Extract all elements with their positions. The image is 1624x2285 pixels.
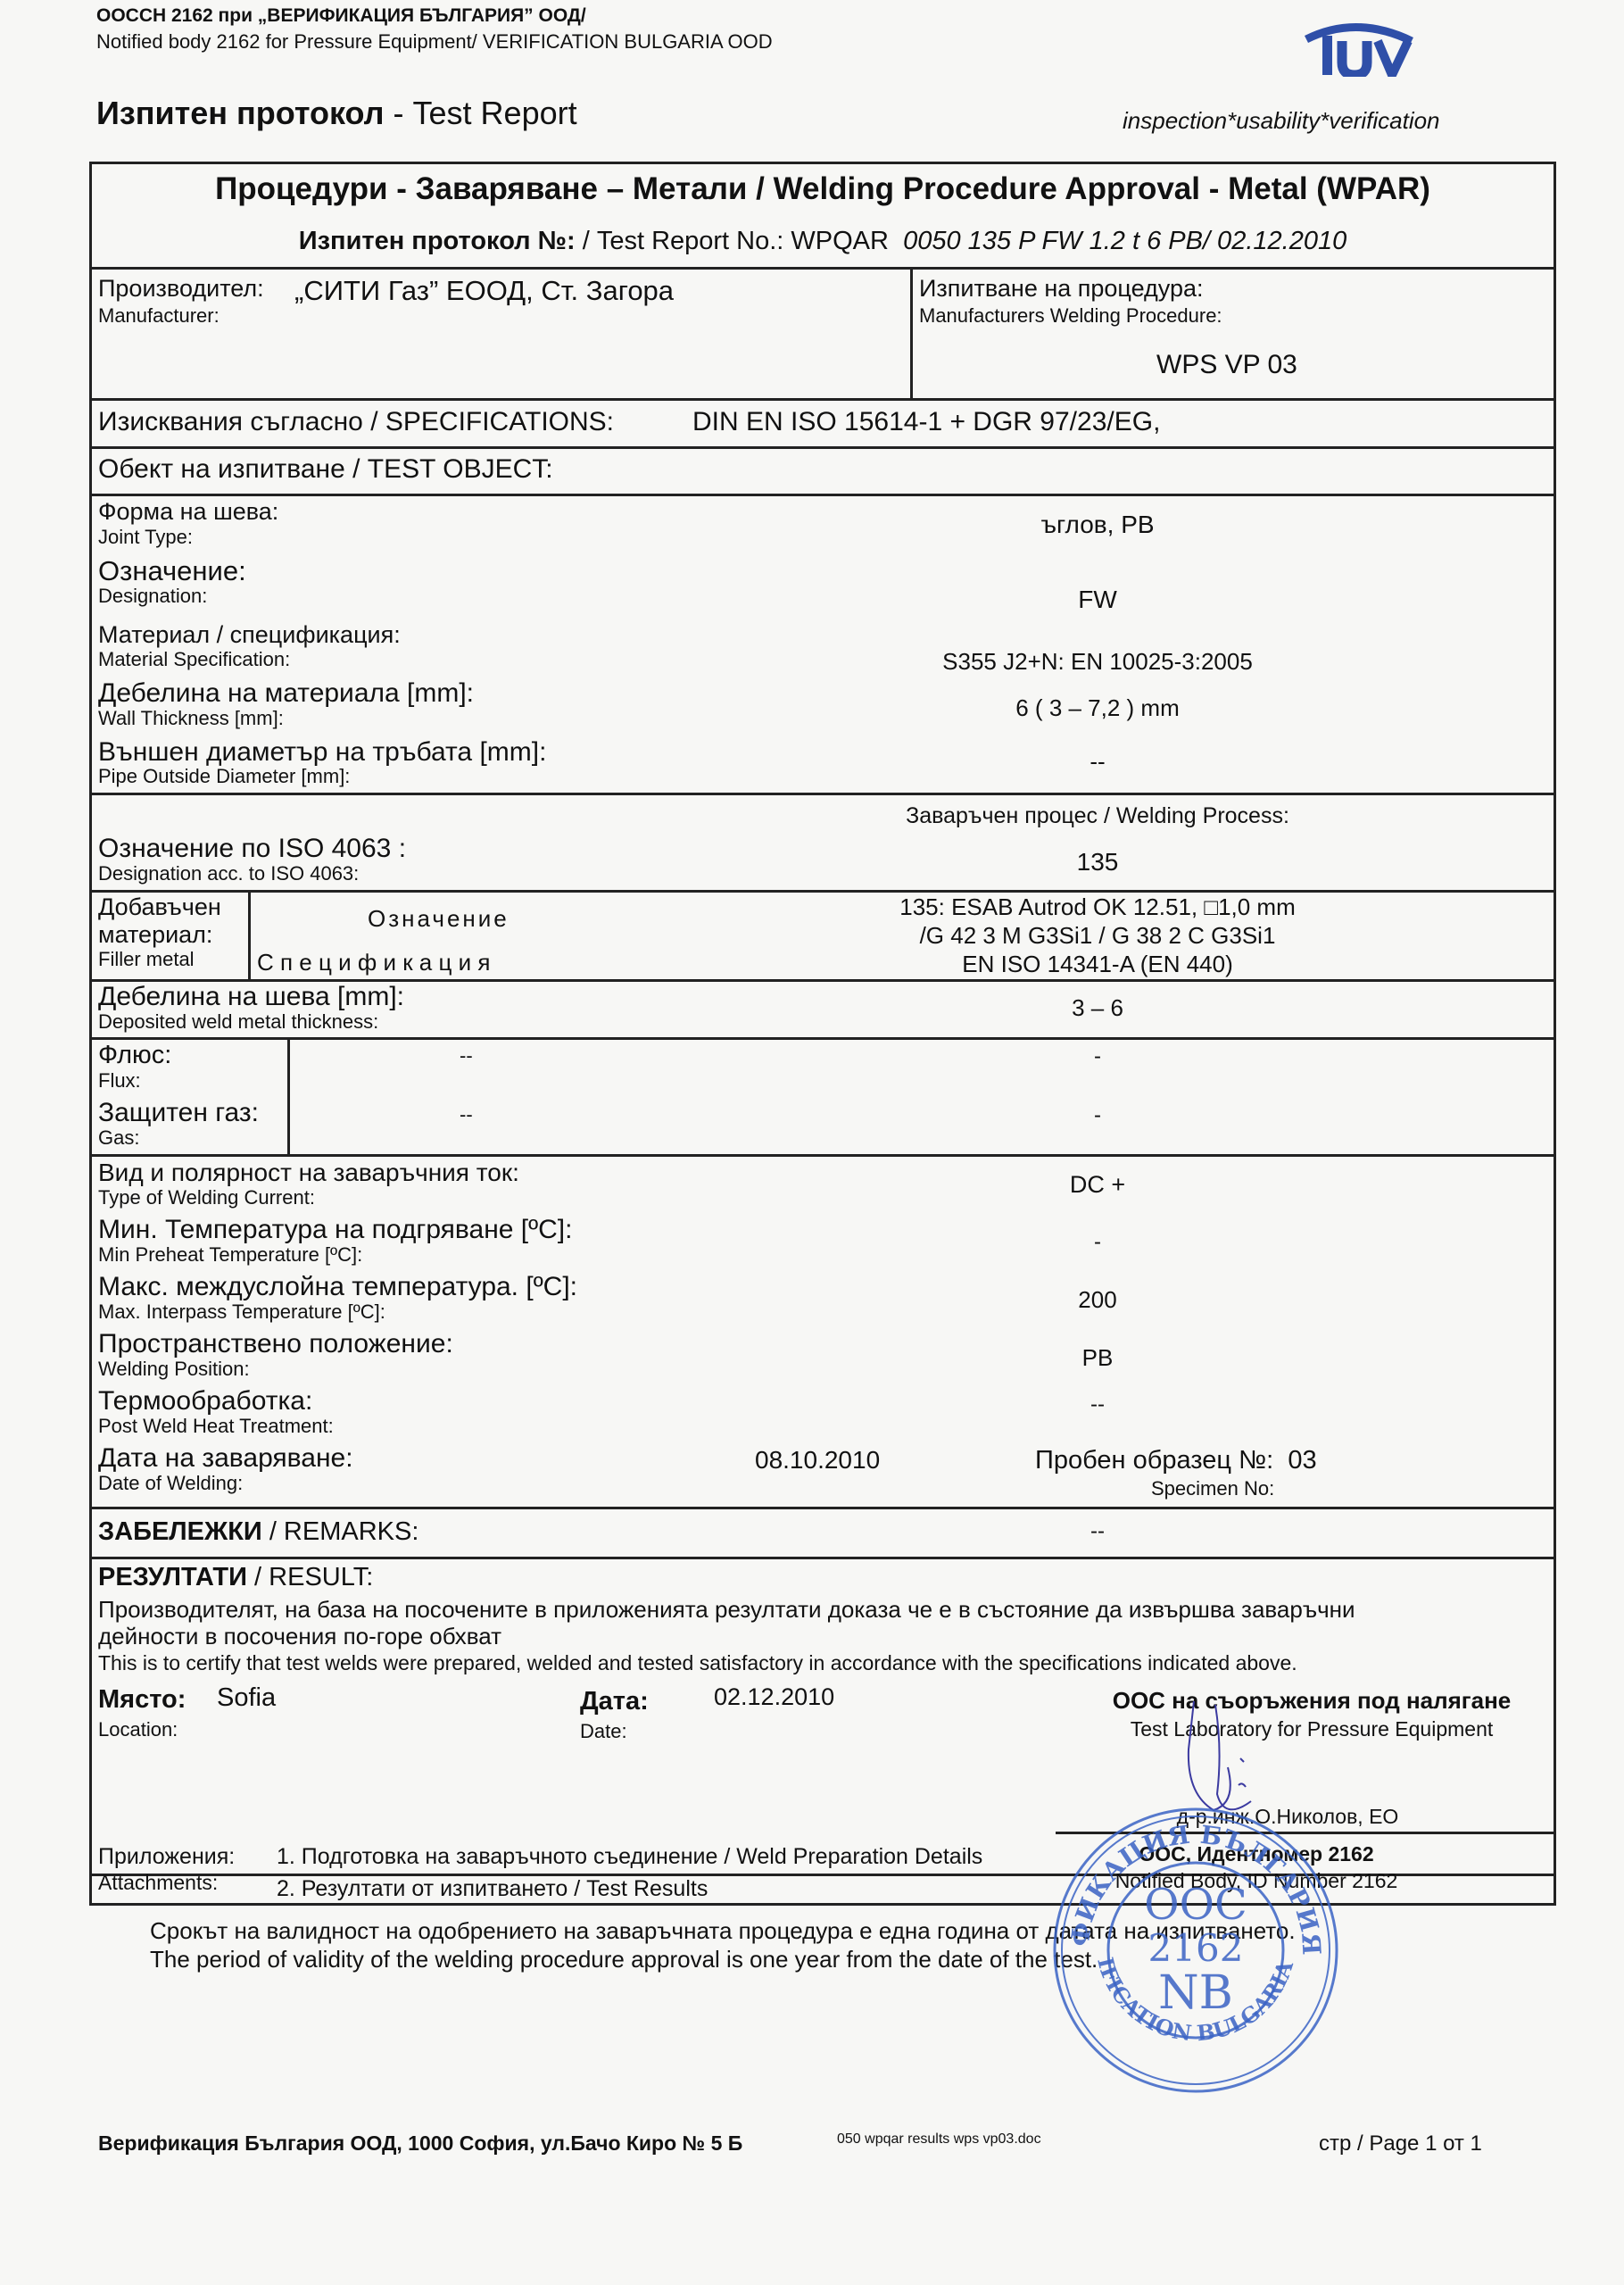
designation-value: FW [919,586,1276,614]
attachment-item: 2. Резултати от изпитването / Test Resul… [277,1876,708,1902]
material-label-bg: Материал / спецификация: [98,621,401,648]
flux-value: - [1008,1044,1187,1069]
preheat-label-bg: Мин. Температура на подгряване [ºC]: [98,1215,572,1245]
filler-value: 135: ESAB Autrod OK 12.51, □1,0 mm /G 42… [785,893,1410,978]
svg-text:2162: 2162 [1148,1926,1244,1970]
attachment-item: 1. Подготовка на заваръчното съединение … [277,1844,982,1870]
position-label-bg: Пространствено положение: [98,1329,453,1359]
result-text-bg-1: Производителят, на база на посочените в … [98,1596,1355,1624]
designation-label-en: Designation: [98,586,207,607]
footer-filename: 050 wpqar results wps vp03.doc [837,2131,1041,2148]
tagline: inspection*usability*verification [1123,107,1440,135]
material-label-en: Material Specification: [98,649,290,670]
preheat-label-en: Min Preheat Temperature [ºC]: [98,1244,362,1266]
procedure-label-en: Manufacturers Welding Procedure: [919,305,1222,327]
process-value: 135 [919,848,1276,877]
process-label-en: Designation acc. to ISO 4063: [98,863,359,885]
lab-name-en: Test Laboratory for Pressure Equipment [1071,1717,1553,1741]
result-date-label-bg: Дата: [580,1687,649,1716]
interpass-value: 200 [1008,1286,1187,1314]
filler-designation-label: Означение [368,905,510,933]
filler-label-bg-1: Добавъчен [98,893,221,920]
manufacturer-value: „СИТИ Газ” ЕООД, Ст. Загора [294,275,674,307]
designation-label-bg: Означение: [98,555,246,587]
procedure-value: WPS VP 03 [1156,350,1297,380]
svg-text:NB: NB [1158,1966,1233,2020]
gas-designation-value: -- [460,1103,473,1126]
process-label-bg: Означение по ISO 4063 : [98,834,406,864]
weld-thickness-label-bg: Дебелина на шева [mm]: [98,982,404,1012]
interpass-label-bg: Макс. междуслойна температура. [ºC]: [98,1272,577,1302]
pwht-label-bg: Термообработка: [98,1386,312,1417]
result-date-label-en: Date: [580,1721,627,1742]
page-number: стр / Page 1 от 1 [1319,2131,1482,2156]
filler-label-en: Filler metal [98,949,195,970]
welding-process-header: Заваръчен процес / Welding Process: [874,803,1321,829]
result-text-en: This is to certify that test welds were … [98,1651,1297,1675]
specifications-label: Изисквания съгласно / SPECIFICATIONS: [98,407,614,437]
report-number: Изпитен протокол №: / Test Report No.: W… [89,227,1556,256]
manufacturer-label-bg: Производител: [98,275,264,302]
official-stamp-icon: ВЕРИФИКАЦИЯ БЪЛГАРИЯ ООД VERIFICATION BU… [1044,1799,1347,2102]
location-label-en: Location: [98,1719,178,1741]
pwht-label-en: Post Weld Heat Treatment: [98,1416,334,1437]
current-label-en: Type of Welding Current: [98,1187,315,1209]
position-label-en: Welding Position: [98,1359,250,1380]
preheat-value: - [1008,1230,1187,1255]
footer-address: Верификация България ООД, 1000 София, ул… [98,2131,742,2156]
test-object-label: Обект на изпитване / TEST OBJECT: [98,454,553,485]
pwht-value: -- [1008,1392,1187,1417]
result-text-bg-2: дейности в посочения по-горе обхват [98,1623,501,1650]
remarks-label: ЗАБЕЛЕЖКИ / REMARKS: [98,1517,418,1547]
manufacturer-label-en: Manufacturer: [98,305,220,327]
pipe-diameter-label-en: Pipe Outside Diameter [mm]: [98,766,350,787]
filler-specification-label: С п е ц и ф и к а ц и я [257,949,490,976]
wall-thickness-value: 6 ( 3 – 7,2 ) mm [874,694,1321,722]
material-value: S355 J2+N: EN 10025-3:2005 [874,648,1321,676]
org-line-bg: ООССН 2162 при „ВЕРИФИКАЦИЯ БЪЛГАРИЯ” ОО… [96,5,586,27]
weld-thickness-label-en: Deposited weld metal thickness: [98,1011,378,1033]
attachments-label-bg: Приложения: [98,1843,235,1870]
result-date-value: 02.12.2010 [714,1683,834,1711]
validity-text-en: The period of validity of the welding pr… [150,1946,1098,1973]
gas-label-en: Gas: [98,1127,139,1149]
report-number-value: 0050 135 P FW 1.2 t 6 PB/ 02.12.2010 [903,227,1346,255]
tuv-logo-icon [1303,21,1419,77]
gas-label-bg: Защитен газ: [98,1098,259,1128]
weld-thickness-value: 3 – 6 [919,994,1276,1022]
interpass-label-en: Max. Interpass Temperature [ºC]: [98,1301,385,1323]
remarks-value: -- [1008,1519,1187,1544]
joint-type-label-en: Joint Type: [98,527,193,548]
welding-date-label-bg: Дата на заваряване: [98,1443,353,1474]
wall-thickness-label-en: Wall Thickness [mm]: [98,708,284,729]
current-label-bg: Вид и полярност на заваръчния ток: [98,1159,519,1187]
lab-name-bg: ООС на съоръжения под налягане [1071,1687,1553,1715]
specimen-label-en: Specimen No: [1151,1478,1274,1500]
welding-date-value: 08.10.2010 [755,1446,880,1475]
flux-label-en: Flux: [98,1070,141,1092]
svg-text:OOC: OOC [1144,1880,1247,1930]
location-value: Sofia [217,1683,276,1713]
procedure-label-bg: Изпитване на процедура: [919,275,1204,302]
current-value: DC + [919,1171,1276,1199]
org-line-en: Notified body 2162 for Pressure Equipmen… [96,30,773,54]
gas-value: - [1008,1103,1187,1128]
filler-label-bg-2: материал: [98,921,212,948]
flux-designation-value: -- [460,1044,473,1068]
welding-date-label-en: Date of Welding: [98,1473,243,1494]
joint-type-label-bg: Форма на шева: [98,498,278,525]
specifications-value: DIN EN ISO 15614-1 + DGR 97/23/EG, [692,407,1160,437]
flux-label-bg: Флюс: [98,1041,171,1070]
specimen-value: 03 [1288,1446,1316,1475]
pipe-diameter-label-bg: Външен диаметър на тръбата [mm]: [98,737,546,768]
pipe-diameter-value: -- [919,748,1276,776]
position-value: PB [1008,1344,1187,1372]
form-title: Процедури - Заваряване – Метали / Weldin… [89,171,1556,207]
location-label-bg: Място: [98,1685,186,1715]
joint-type-value: ъглов, PB [919,511,1276,539]
result-label: РЕЗУЛТАТИ / RESULT: [98,1563,373,1592]
specimen: Пробен образец №: 03 [1035,1446,1317,1475]
doc-type-title: Изпитен протокол - Test Report [96,95,577,132]
attachments-label-en: Attachments: [98,1869,218,1896]
wall-thickness-label-bg: Дебелина на материала [mm]: [98,678,474,709]
